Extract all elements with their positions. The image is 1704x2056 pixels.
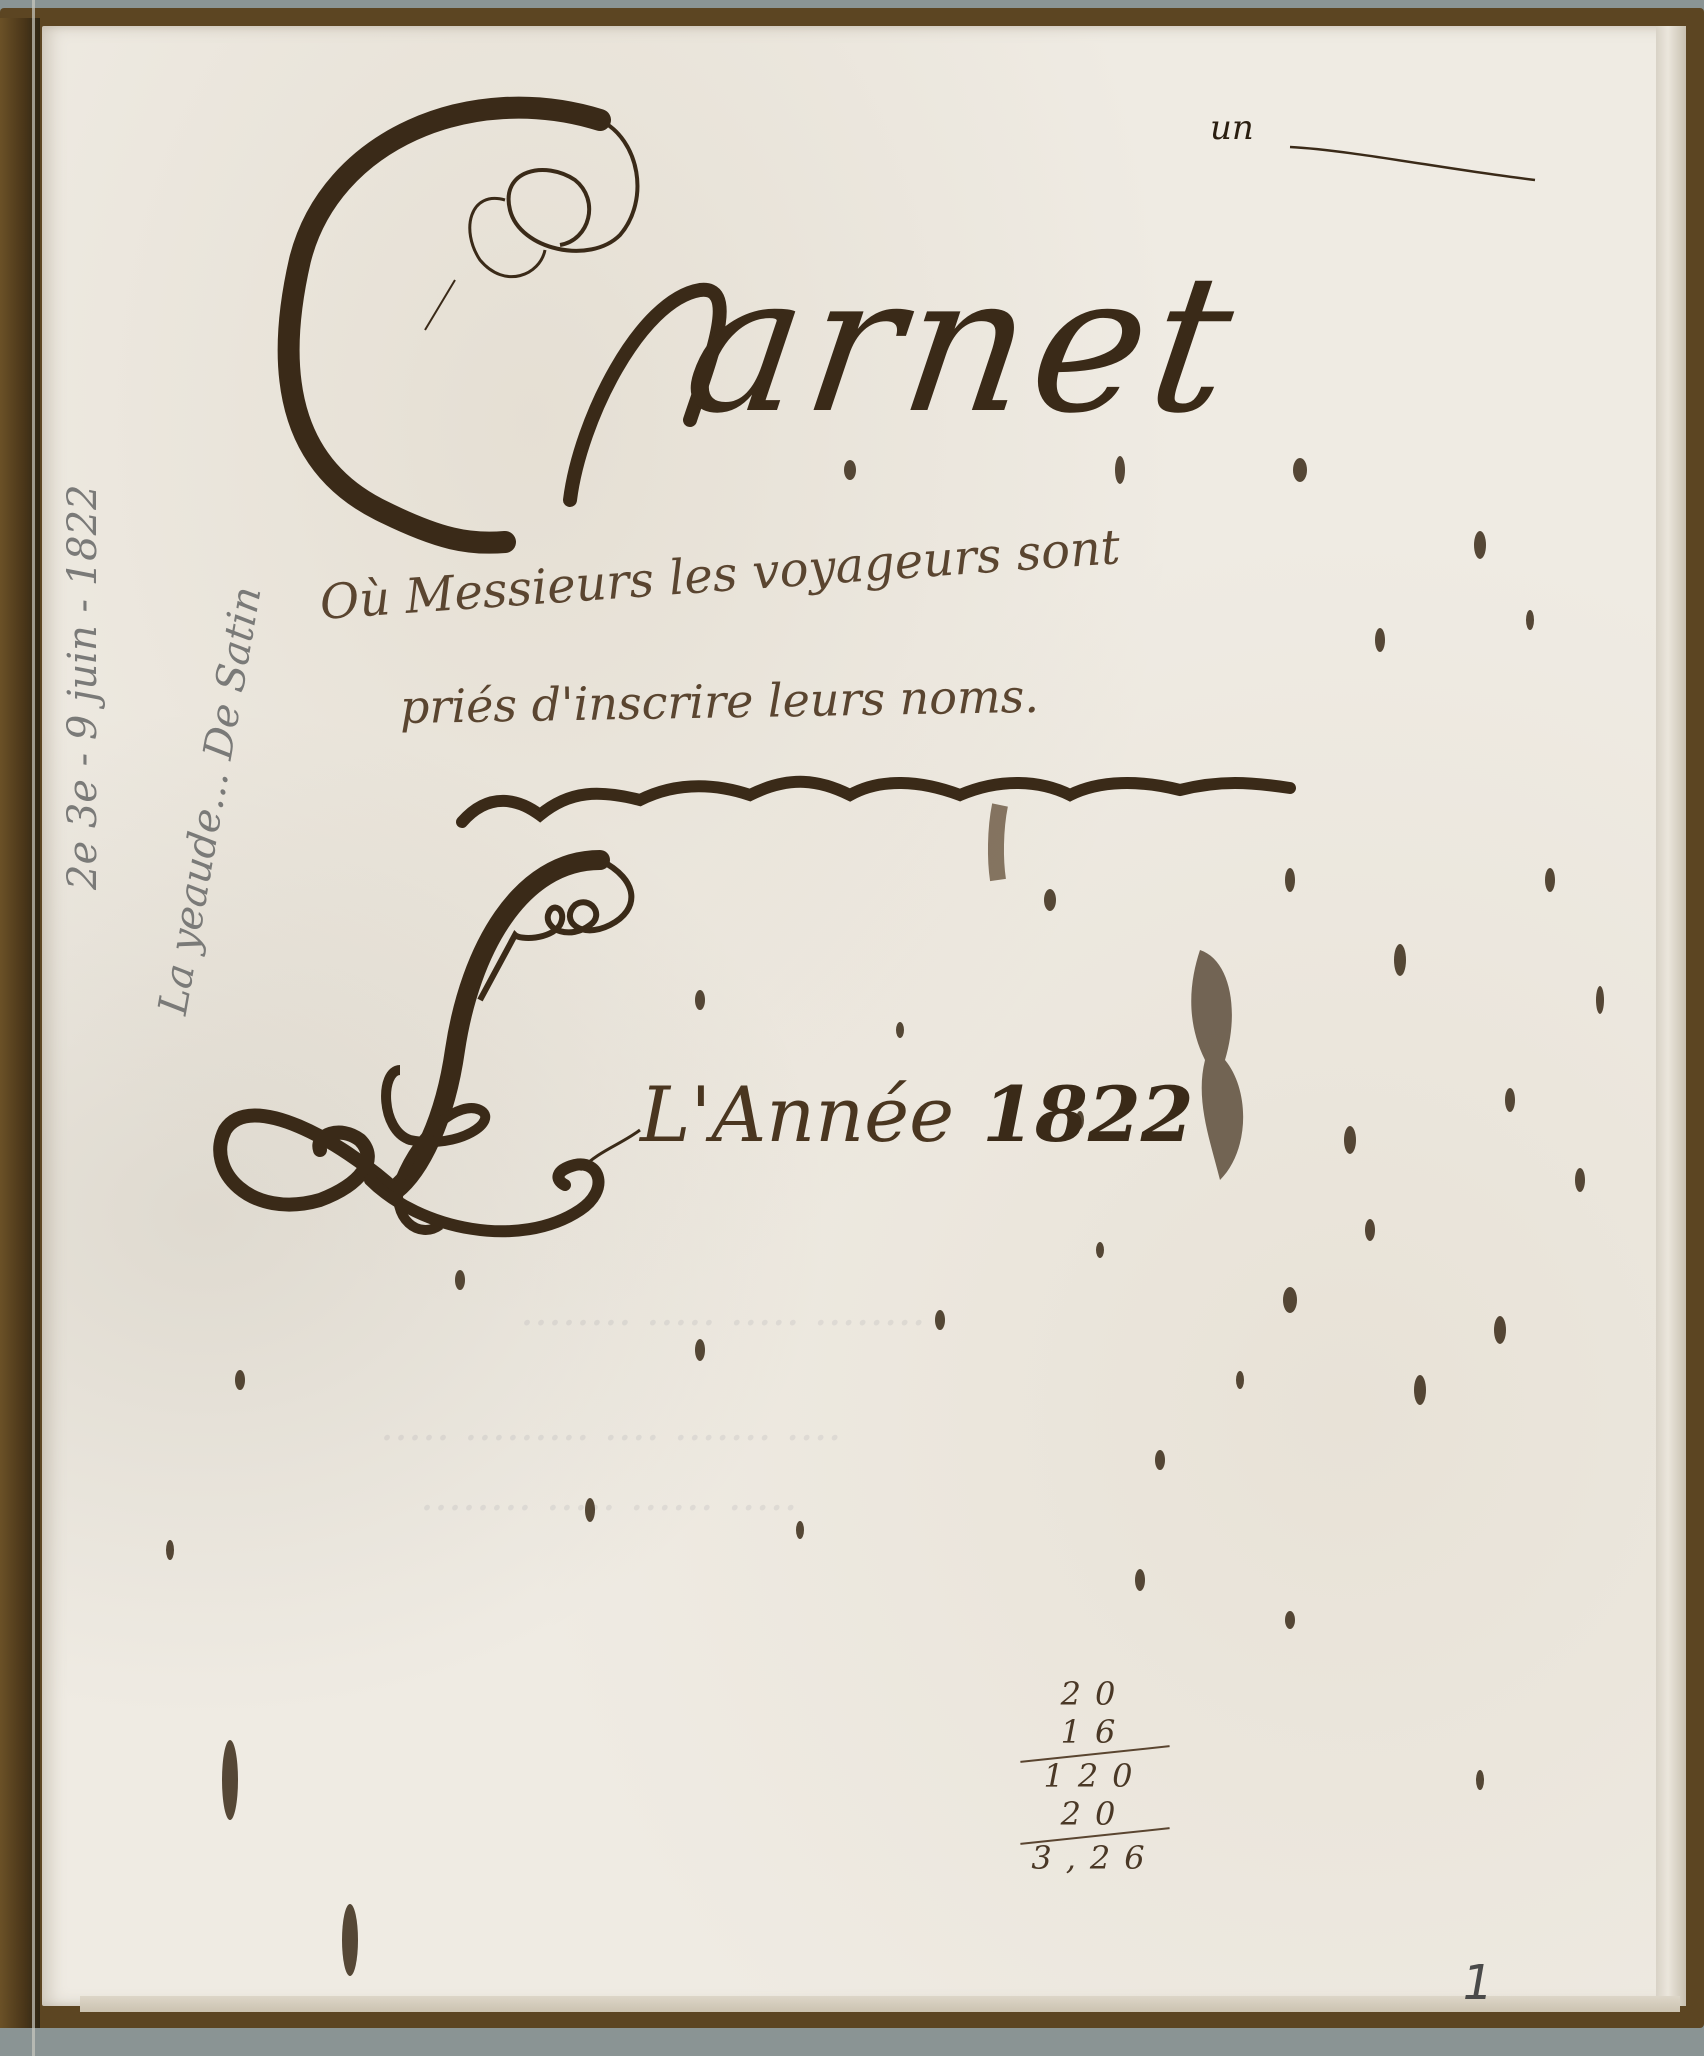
year-prefix: L'Année [640, 1070, 954, 1159]
arithmetic-calculation: 20 16 120 20 3,26 [1020, 1675, 1170, 1877]
ghost-text-line: ........ ..... ..... ........ [520, 1285, 926, 1336]
ghost-text-line: ........ ..... ...... ..... [420, 1470, 798, 1521]
calc-row: 20 [1020, 1675, 1170, 1713]
calc-row: 120 [1020, 1757, 1170, 1795]
subtitle-line-2: priés d'inscrire leurs noms. [400, 669, 1040, 734]
calc-row: 3,26 [1020, 1839, 1170, 1877]
spine-thread-line [32, 0, 35, 2056]
title-visible-arnet: arnet [677, 250, 1249, 440]
top-right-mark: un [1210, 108, 1254, 148]
page-edge-right [1656, 26, 1686, 2006]
ghost-text-line: ..... ......... .... ....... .... [380, 1400, 842, 1451]
year-value: 1822 [982, 1070, 1194, 1159]
margin-note-date: 2e 3e - 9 juin - 1822 [60, 484, 106, 890]
calc-row: 20 [1020, 1795, 1170, 1833]
year-heading: L'Année1822 [640, 1070, 1194, 1159]
calc-row: 16 [1020, 1713, 1170, 1751]
page-edge-bottom [80, 1996, 1680, 2012]
